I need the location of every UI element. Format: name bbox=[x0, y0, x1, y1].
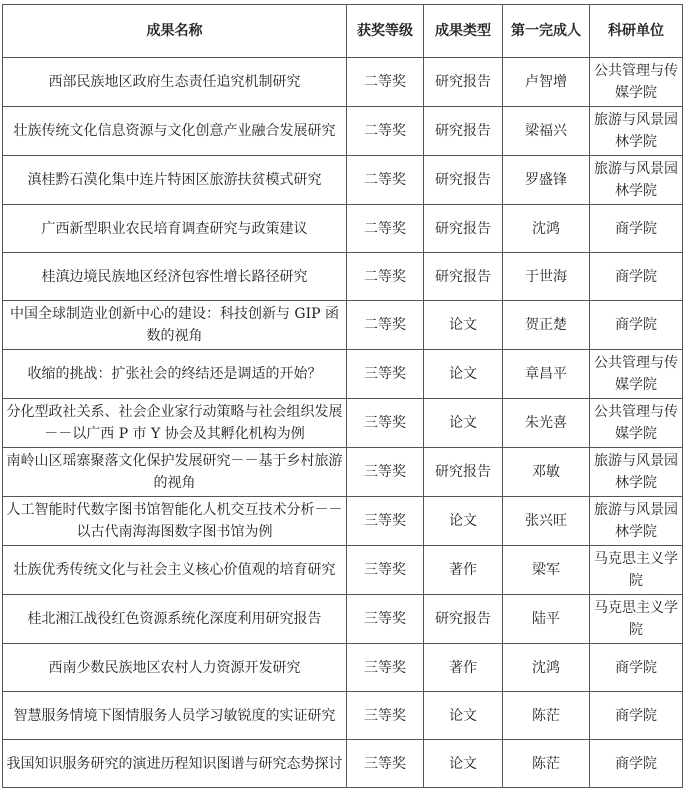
cell-type: 研究报告 bbox=[424, 205, 503, 253]
table-row: 中国全球制造业创新中心的建设：科技创新与 GIP 函数的视角二等奖论文贺正楚商学… bbox=[3, 301, 683, 350]
cell-unit: 马克思主义学院 bbox=[590, 595, 683, 644]
cell-unit: 商学院 bbox=[590, 740, 683, 788]
cell-award: 二等奖 bbox=[347, 301, 424, 350]
cell-author: 于世海 bbox=[503, 253, 590, 301]
cell-unit: 商学院 bbox=[590, 692, 683, 740]
cell-award: 二等奖 bbox=[347, 107, 424, 156]
table-row: 西部民族地区政府生态责任追究机制研究二等奖研究报告卢智增公共管理与传媒学院 bbox=[3, 58, 683, 107]
cell-award: 二等奖 bbox=[347, 58, 424, 107]
cell-author: 陈茫 bbox=[503, 740, 590, 788]
cell-type: 论文 bbox=[424, 692, 503, 740]
cell-award: 三等奖 bbox=[347, 740, 424, 788]
cell-name: 人工智能时代数字图书馆智能化人机交互技术分析－－以古代南海海图数字图书馆为例 bbox=[3, 497, 347, 546]
cell-author: 梁军 bbox=[503, 546, 590, 595]
cell-award: 三等奖 bbox=[347, 692, 424, 740]
awards-table: 成果名称 获奖等级 成果类型 第一完成人 科研单位 西部民族地区政府生态责任追究… bbox=[2, 4, 683, 788]
cell-name: 我国知识服务研究的演进历程知识图谱与研究态势探讨 bbox=[3, 740, 347, 788]
cell-award: 二等奖 bbox=[347, 253, 424, 301]
cell-unit: 旅游与风景园林学院 bbox=[590, 156, 683, 205]
cell-unit: 商学院 bbox=[590, 301, 683, 350]
table-row: 收缩的挑战：扩张社会的终结还是调适的开始？三等奖论文章昌平公共管理与传媒学院 bbox=[3, 350, 683, 399]
cell-type: 研究报告 bbox=[424, 58, 503, 107]
cell-name: 智慧服务情境下图情服务人员学习敏锐度的实证研究 bbox=[3, 692, 347, 740]
cell-author: 梁福兴 bbox=[503, 107, 590, 156]
cell-author: 张兴旺 bbox=[503, 497, 590, 546]
cell-name: 广西新型职业农民培育调查研究与政策建议 bbox=[3, 205, 347, 253]
cell-type: 著作 bbox=[424, 546, 503, 595]
cell-name: 分化型政社关系、社会企业家行动策略与社会组织发展－－以广西 P 市 Y 协会及其… bbox=[3, 399, 347, 448]
table-row: 人工智能时代数字图书馆智能化人机交互技术分析－－以古代南海海图数字图书馆为例三等… bbox=[3, 497, 683, 546]
cell-type: 研究报告 bbox=[424, 448, 503, 497]
header-unit: 科研单位 bbox=[590, 5, 683, 58]
cell-type: 研究报告 bbox=[424, 156, 503, 205]
header-award: 获奖等级 bbox=[347, 5, 424, 58]
cell-author: 朱光喜 bbox=[503, 399, 590, 448]
table-row: 滇桂黔石漠化集中连片特困区旅游扶贫模式研究二等奖研究报告罗盛锋旅游与风景园林学院 bbox=[3, 156, 683, 205]
cell-name: 滇桂黔石漠化集中连片特困区旅游扶贫模式研究 bbox=[3, 156, 347, 205]
cell-name: 西南少数民族地区农村人力资源开发研究 bbox=[3, 644, 347, 692]
cell-type: 著作 bbox=[424, 644, 503, 692]
cell-type: 研究报告 bbox=[424, 253, 503, 301]
cell-award: 三等奖 bbox=[347, 448, 424, 497]
cell-type: 研究报告 bbox=[424, 595, 503, 644]
cell-author: 贺正楚 bbox=[503, 301, 590, 350]
cell-name: 西部民族地区政府生态责任追究机制研究 bbox=[3, 58, 347, 107]
cell-award: 三等奖 bbox=[347, 497, 424, 546]
cell-unit: 公共管理与传媒学院 bbox=[590, 399, 683, 448]
cell-award: 二等奖 bbox=[347, 156, 424, 205]
table-row: 西南少数民族地区农村人力资源开发研究三等奖著作沈鸿商学院 bbox=[3, 644, 683, 692]
cell-author: 沈鸿 bbox=[503, 205, 590, 253]
cell-type: 论文 bbox=[424, 301, 503, 350]
table-row: 智慧服务情境下图情服务人员学习敏锐度的实证研究三等奖论文陈茫商学院 bbox=[3, 692, 683, 740]
table-row: 壮族优秀传统文化与社会主义核心价值观的培育研究三等奖著作梁军马克思主义学院 bbox=[3, 546, 683, 595]
table-row: 南岭山区瑶寨聚落文化保护发展研究－－基于乡村旅游的视角三等奖研究报告邓敏旅游与风… bbox=[3, 448, 683, 497]
table-row: 壮族传统文化信息资源与文化创意产业融合发展研究二等奖研究报告梁福兴旅游与风景园林… bbox=[3, 107, 683, 156]
table-row: 分化型政社关系、社会企业家行动策略与社会组织发展－－以广西 P 市 Y 协会及其… bbox=[3, 399, 683, 448]
header-type: 成果类型 bbox=[424, 5, 503, 58]
cell-unit: 商学院 bbox=[590, 205, 683, 253]
cell-award: 三等奖 bbox=[347, 399, 424, 448]
cell-unit: 公共管理与传媒学院 bbox=[590, 350, 683, 399]
cell-award: 三等奖 bbox=[347, 595, 424, 644]
cell-name: 桂滇边境民族地区经济包容性增长路径研究 bbox=[3, 253, 347, 301]
cell-name: 桂北湘江战役红色资源系统化深度利用研究报告 bbox=[3, 595, 347, 644]
cell-unit: 旅游与风景园林学院 bbox=[590, 107, 683, 156]
cell-type: 论文 bbox=[424, 740, 503, 788]
cell-author: 陈茫 bbox=[503, 692, 590, 740]
cell-award: 三等奖 bbox=[347, 644, 424, 692]
cell-type: 论文 bbox=[424, 497, 503, 546]
table-row: 桂北湘江战役红色资源系统化深度利用研究报告三等奖研究报告陆平马克思主义学院 bbox=[3, 595, 683, 644]
table-row: 我国知识服务研究的演进历程知识图谱与研究态势探讨三等奖论文陈茫商学院 bbox=[3, 740, 683, 788]
cell-author: 沈鸿 bbox=[503, 644, 590, 692]
cell-unit: 商学院 bbox=[590, 253, 683, 301]
cell-author: 邓敏 bbox=[503, 448, 590, 497]
cell-name: 中国全球制造业创新中心的建设：科技创新与 GIP 函数的视角 bbox=[3, 301, 347, 350]
table-row: 广西新型职业农民培育调查研究与政策建议二等奖研究报告沈鸿商学院 bbox=[3, 205, 683, 253]
cell-award: 三等奖 bbox=[347, 546, 424, 595]
cell-unit: 旅游与风景园林学院 bbox=[590, 497, 683, 546]
cell-award: 二等奖 bbox=[347, 205, 424, 253]
cell-author: 章昌平 bbox=[503, 350, 590, 399]
header-name: 成果名称 bbox=[3, 5, 347, 58]
cell-unit: 马克思主义学院 bbox=[590, 546, 683, 595]
cell-author: 罗盛锋 bbox=[503, 156, 590, 205]
cell-award: 三等奖 bbox=[347, 350, 424, 399]
cell-name: 南岭山区瑶寨聚落文化保护发展研究－－基于乡村旅游的视角 bbox=[3, 448, 347, 497]
cell-type: 研究报告 bbox=[424, 107, 503, 156]
table-row: 桂滇边境民族地区经济包容性增长路径研究二等奖研究报告于世海商学院 bbox=[3, 253, 683, 301]
table-header-row: 成果名称 获奖等级 成果类型 第一完成人 科研单位 bbox=[3, 5, 683, 58]
cell-unit: 旅游与风景园林学院 bbox=[590, 448, 683, 497]
cell-type: 论文 bbox=[424, 399, 503, 448]
header-author: 第一完成人 bbox=[503, 5, 590, 58]
cell-type: 论文 bbox=[424, 350, 503, 399]
cell-unit: 商学院 bbox=[590, 644, 683, 692]
cell-unit: 公共管理与传媒学院 bbox=[590, 58, 683, 107]
cell-author: 卢智增 bbox=[503, 58, 590, 107]
cell-name: 收缩的挑战：扩张社会的终结还是调适的开始？ bbox=[3, 350, 347, 399]
cell-author: 陆平 bbox=[503, 595, 590, 644]
cell-name: 壮族传统文化信息资源与文化创意产业融合发展研究 bbox=[3, 107, 347, 156]
cell-name: 壮族优秀传统文化与社会主义核心价值观的培育研究 bbox=[3, 546, 347, 595]
